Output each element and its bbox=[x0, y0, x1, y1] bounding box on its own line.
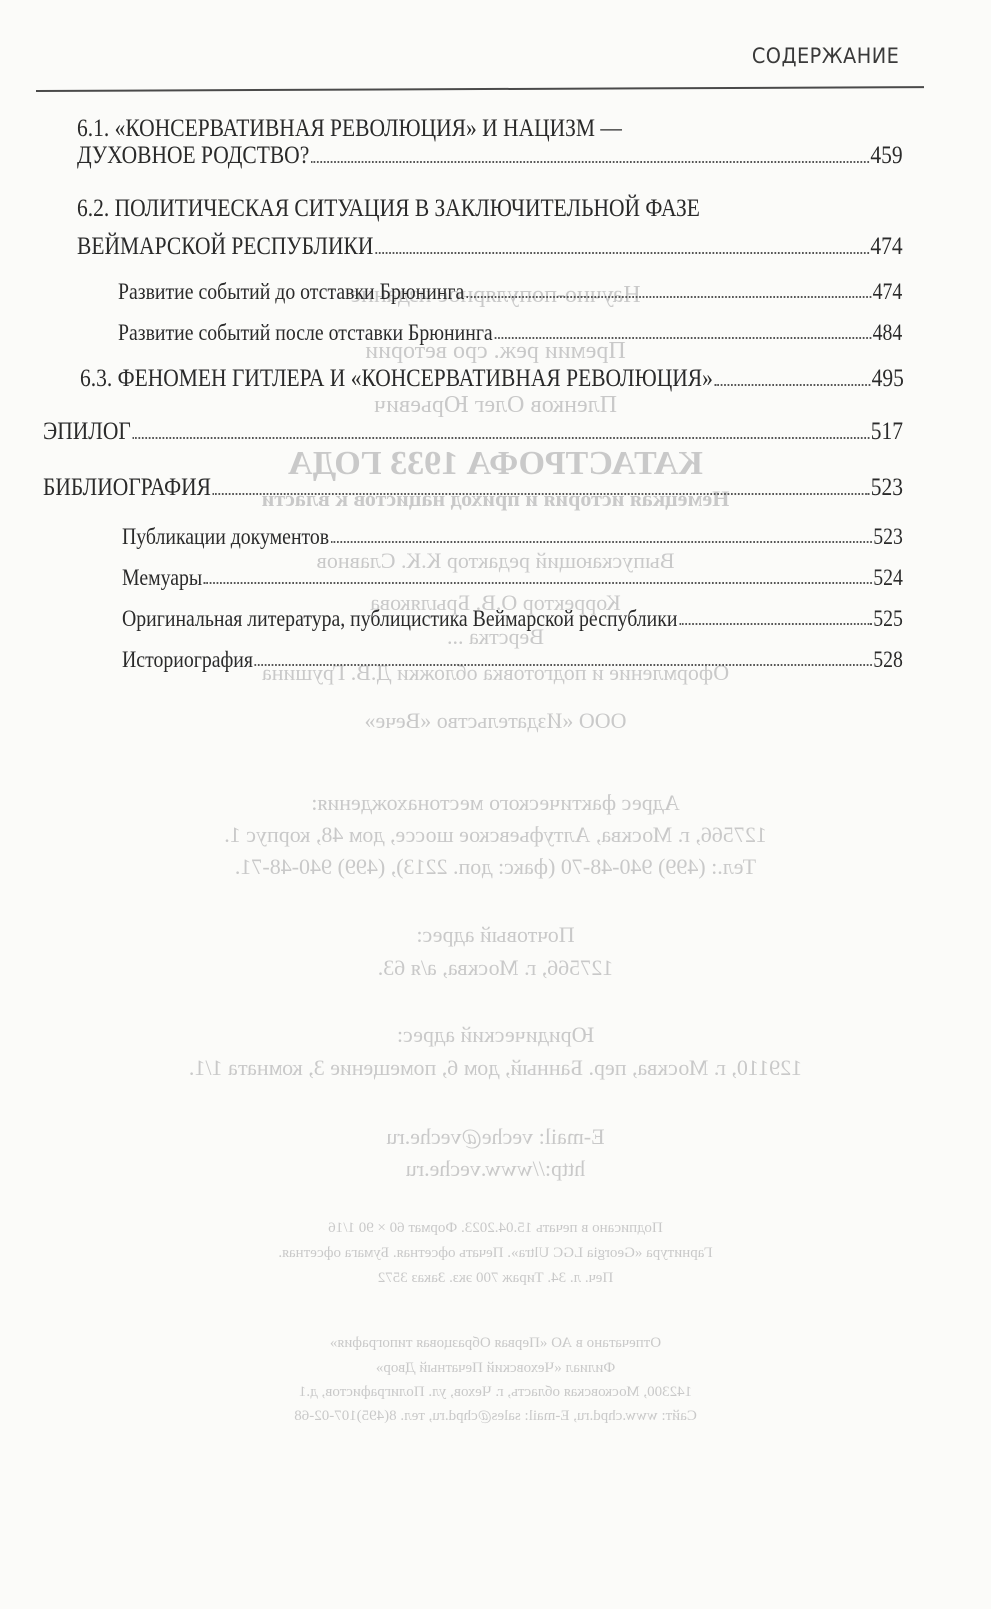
dot-leader bbox=[213, 493, 869, 495]
toc-subentry[interactable]: Мемуары 524 bbox=[122, 566, 903, 589]
toc-entry-line1: 6.1. «КОНСЕРВАТИВНАЯ РЕВОЛЮЦИЯ» И НАЦИЗМ… bbox=[77, 116, 622, 141]
toc-page-number: 474 bbox=[873, 280, 903, 303]
toc-page-number: 517 bbox=[871, 419, 903, 444]
dot-leader bbox=[375, 252, 869, 254]
show-through-line: 129110, г. Москва, пер. Банный, дом 6, п… bbox=[0, 1055, 991, 1081]
toc-entry[interactable]: ДУХОВНОЕ РОДСТВО? 459 bbox=[77, 143, 903, 168]
toc-entry-label: БИБЛИОГРАФИЯ bbox=[43, 475, 211, 500]
show-through-line: Пленков Олег Юрьевич bbox=[0, 392, 991, 419]
toc-page-number: 525 bbox=[873, 607, 903, 630]
show-through-line: 142300, Московская область, г. Чехов, ул… bbox=[0, 1384, 991, 1401]
toc-entry[interactable]: 6.3. ФЕНОМЕН ГИТЛЕРА И «КОНСЕРВАТИВНАЯ Р… bbox=[80, 366, 904, 391]
show-through-line: Филиал «Чеховский Печатный Двор» bbox=[0, 1360, 991, 1377]
dot-leader bbox=[133, 437, 870, 439]
toc-subentry[interactable]: Публикации документов 523 bbox=[122, 525, 903, 548]
toc-page-number: 484 bbox=[873, 321, 903, 344]
toc-entry-label: Оригинальная литература, публицистика Ве… bbox=[122, 607, 677, 630]
running-head-title: СОДЕРЖАНИЕ bbox=[752, 44, 899, 68]
show-through-line: Печ. л. 34. Тираж 700 экз. Заказ 3572 bbox=[0, 1270, 991, 1287]
dot-leader bbox=[715, 384, 870, 386]
toc-entry-label: Публикации документов bbox=[122, 525, 329, 548]
show-through-line: Подписано в печать 15.04.2023. Формат 60… bbox=[0, 1220, 991, 1237]
dot-leader bbox=[331, 541, 872, 543]
show-through-line: Тел.: (499) 940-48-70 (факс: доп. 2213),… bbox=[0, 854, 991, 880]
toc-entry[interactable]: ЭПИЛОГ 517 bbox=[43, 419, 903, 444]
show-through-line: http://www.veche.ru bbox=[0, 1156, 991, 1182]
show-through-line: 127566, г. Москва, а/я 63. bbox=[0, 955, 991, 981]
toc-entry-line1: 6.2. ПОЛИТИЧЕСКАЯ СИТУАЦИЯ В ЗАКЛЮЧИТЕЛЬ… bbox=[77, 196, 700, 221]
toc-page-number: 495 bbox=[872, 366, 904, 391]
toc-page-number: 523 bbox=[873, 525, 903, 548]
toc-page-number: 474 bbox=[870, 234, 902, 259]
toc-entry-label: ЭПИЛОГ bbox=[43, 419, 131, 444]
show-through-line: Юридический адрес: bbox=[0, 1022, 991, 1048]
toc-subentry[interactable]: Развитие событий до отставки Брюнинга 47… bbox=[118, 280, 902, 303]
show-through-line: E-mail: veche@veche.ru bbox=[0, 1124, 991, 1150]
toc-entry-label: Развитие событий до отставки Брюнинга bbox=[118, 280, 464, 303]
toc-subentry[interactable]: Оригинальная литература, публицистика Ве… bbox=[122, 607, 903, 630]
toc-page-number: 523 bbox=[871, 475, 903, 500]
header-rule bbox=[36, 86, 924, 92]
dot-leader bbox=[204, 582, 872, 584]
show-through-line: ООО «Издательство «Вече» bbox=[0, 708, 991, 734]
toc-entry[interactable]: ВЕЙМАРСКОЙ РЕСПУБЛИКИ 474 bbox=[77, 234, 903, 259]
toc-entry-label: ВЕЙМАРСКОЙ РЕСПУБЛИКИ bbox=[77, 234, 373, 259]
show-through-line: Сайт: www.chpd.ru, E-mail: sales@chpd.ru… bbox=[0, 1408, 991, 1425]
toc-subentry[interactable]: Развитие событий после отставки Брюнинга… bbox=[118, 321, 902, 344]
toc-entry-label: Историография bbox=[122, 648, 253, 671]
toc-entry-label: Развитие событий после отставки Брюнинга bbox=[118, 321, 493, 344]
toc-entry-label: ДУХОВНОЕ РОДСТВО? bbox=[77, 143, 309, 168]
show-through-line: 127566, г. Москва, Алтуфьевское шоссе, д… bbox=[0, 822, 991, 848]
toc-entry[interactable]: БИБЛИОГРАФИЯ 523 bbox=[43, 475, 903, 500]
toc-page-number: 524 bbox=[873, 566, 903, 589]
show-through-line: Отпечатано в АО «Первая Образцовая типог… bbox=[0, 1335, 991, 1352]
dot-leader bbox=[679, 623, 871, 625]
show-through-line: Почтовый адрес: bbox=[0, 922, 991, 948]
show-through-line: Адрес фактического местонахождения: bbox=[0, 790, 991, 816]
show-through-line: Гарнитура «Georgia LGC Ultra». Печать оф… bbox=[0, 1245, 991, 1262]
toc-entry-label: 6.3. ФЕНОМЕН ГИТЛЕРА И «КОНСЕРВАТИВНАЯ Р… bbox=[80, 366, 713, 391]
dot-leader bbox=[494, 337, 870, 339]
dot-leader bbox=[311, 161, 869, 163]
toc-subentry[interactable]: Историография 528 bbox=[122, 648, 903, 671]
toc-page-number: 528 bbox=[873, 648, 903, 671]
toc-entry-label: Мемуары bbox=[122, 566, 202, 589]
dot-leader bbox=[255, 664, 872, 666]
dot-leader bbox=[466, 296, 871, 298]
toc-page-number: 459 bbox=[870, 143, 902, 168]
